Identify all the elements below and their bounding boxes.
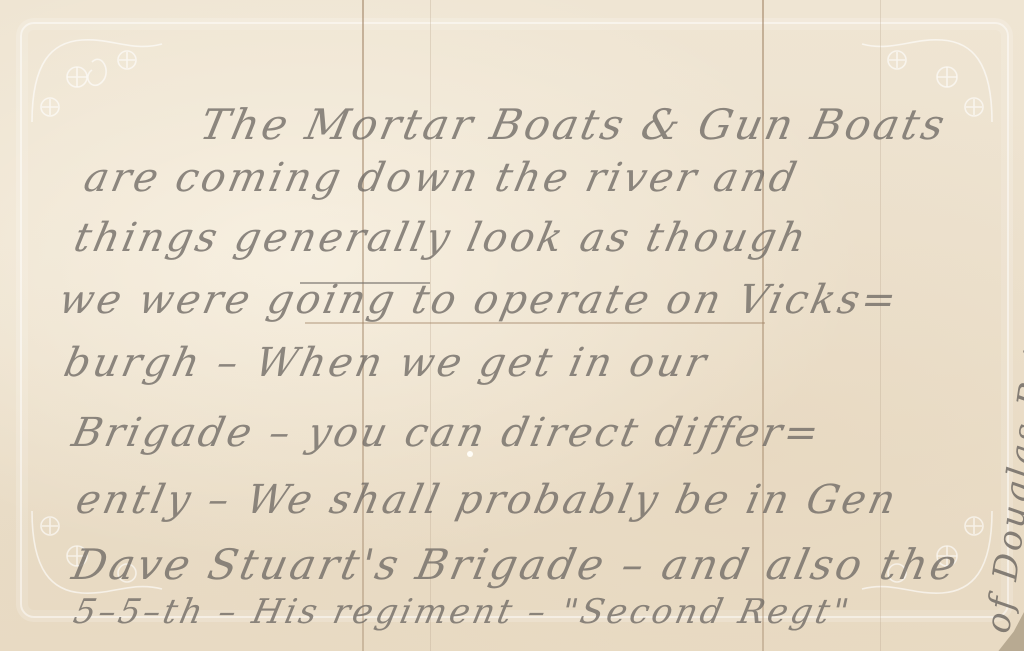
letter-line: The Mortar Boats & Gun Boats [196, 100, 952, 149]
handwritten-text: The Mortar Boats & Gun Boats are coming … [0, 0, 1024, 651]
letter-line: we were going to operate on Vicks= [55, 277, 903, 323]
letter-line: are coming down the river and [80, 155, 803, 201]
letter-line: ently – We shall probably be in Gen [72, 477, 902, 523]
letter-line: burgh – When we get in our [60, 340, 713, 386]
letter-line: things generally look as though [70, 215, 813, 261]
letter-line: Dave Stuart's Brigade – and also the [68, 540, 964, 589]
letter-line: 5–5–th – His regiment – "Second Regt" [70, 592, 855, 632]
underline-mark [300, 282, 430, 284]
letter-line: Brigade – you can direct differ= [68, 410, 826, 456]
letter-paper: The Mortar Boats & Gun Boats are coming … [0, 0, 1024, 651]
margin-note: of Douglas Brigade" [978, 231, 1024, 636]
